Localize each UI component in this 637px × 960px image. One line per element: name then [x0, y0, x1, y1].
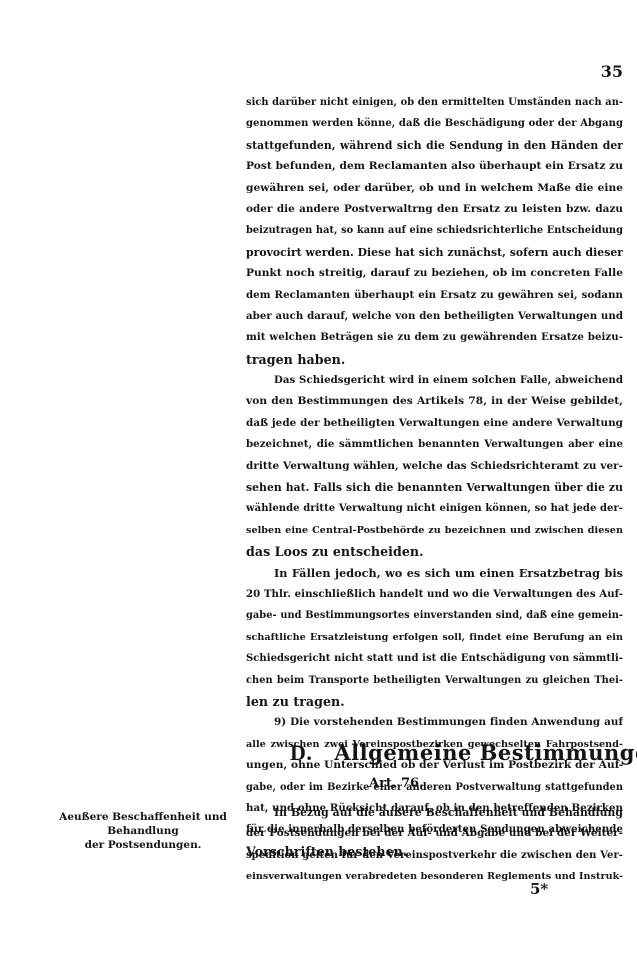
- text-line: Schiedsgericht nicht statt und ist die E…: [246, 648, 623, 669]
- section-title: Allgemeine Bestimmungen.: [334, 740, 637, 765]
- text-line: gabe- und Bestimmungsortes einverstanden…: [246, 605, 623, 626]
- text-line: Post befunden, dem Reclamanten also über…: [246, 156, 623, 177]
- text-line: einsverwaltungen verabredeten besonderen…: [246, 866, 623, 887]
- text-line: sehen hat. Falls sich die benannten Verw…: [246, 477, 623, 498]
- margin-note-line: Aeußere Beschaffenheit und Behandlung: [38, 810, 248, 838]
- text-line: sich darüber nicht einigen, ob den ermit…: [246, 92, 623, 113]
- article-number: Art. 76.: [369, 776, 424, 791]
- signature-mark: 5*: [530, 880, 548, 898]
- margin-note-line: der Postsendungen.: [38, 838, 248, 852]
- text-line: mit welchen Beträgen sie zu dem zu gewäh…: [246, 327, 623, 348]
- text-line: Punkt noch streitig, darauf zu beziehen,…: [246, 263, 623, 284]
- text-line: gabe, oder im Bezirke einer anderen Post…: [246, 777, 623, 798]
- text-line: 20 Thlr. einschließlich handelt und wo d…: [246, 584, 623, 605]
- text-line: bezeichnet, die sämmtlichen benannten Ve…: [246, 434, 623, 455]
- text-line: dritte Verwaltung wählen, welche das Sch…: [246, 456, 623, 477]
- text-line: das Loos zu entscheiden.: [246, 541, 623, 562]
- text-line: tragen haben.: [246, 349, 623, 370]
- paragraph-start-line: Das Schiedsgericht wird in einem solchen…: [246, 370, 623, 391]
- text-line: wählende dritte Verwaltung nicht einigen…: [246, 498, 623, 519]
- text-line: schaftliche Ersatzleistung erfolgen soll…: [246, 627, 623, 648]
- paragraph-start-line: 9) Die vorstehenden Bestimmungen finden …: [246, 712, 623, 733]
- text-line: dem Reclamanten überhaupt ein Ersatz zu …: [246, 285, 623, 306]
- text-line: spedition gelten für den Vereinspostverk…: [246, 845, 623, 866]
- article-text: In Bezug auf die äußere Beschaffenheit u…: [246, 802, 623, 888]
- text-line: von den Bestimmungen des Artikels 78, in…: [246, 391, 623, 412]
- text-line: len zu tragen.: [246, 691, 623, 712]
- text-line: aber auch darauf, welche von den betheil…: [246, 306, 623, 327]
- section-letter: D.: [290, 740, 312, 765]
- text-line: der Postsendungen bei der Auf- und Abgab…: [246, 823, 623, 844]
- text-line: chen beim Transporte betheiligten Verwal…: [246, 670, 623, 691]
- text-line: selben eine Central-Postbehörde zu bezei…: [246, 520, 623, 541]
- paragraph-start-line: In Bezug auf die äußere Beschaffenheit u…: [246, 802, 623, 823]
- section-heading: D.Allgemeine Bestimmungen.: [290, 740, 590, 766]
- paragraph-start-line: In Fällen jedoch, wo es sich um einen Er…: [246, 563, 623, 584]
- text-line: daß jede der betheiligten Verwaltungen e…: [246, 413, 623, 434]
- text-line: genommen werden könne, daß die Beschädig…: [246, 113, 623, 134]
- text-line: gewähren sei, oder darüber, ob und in we…: [246, 178, 623, 199]
- text-line: beizutragen hat, so kann auf eine schied…: [246, 220, 623, 241]
- margin-note: Aeußere Beschaffenheit und Behandlung de…: [38, 810, 248, 852]
- text-line: oder die andere Postverwaltrng den Ersat…: [246, 199, 623, 220]
- text-line: provocirt werden. Diese hat sich zunächs…: [246, 242, 623, 263]
- text-line: stattgefunden, während sich die Sendung …: [246, 135, 623, 156]
- page-number: 35: [601, 62, 623, 81]
